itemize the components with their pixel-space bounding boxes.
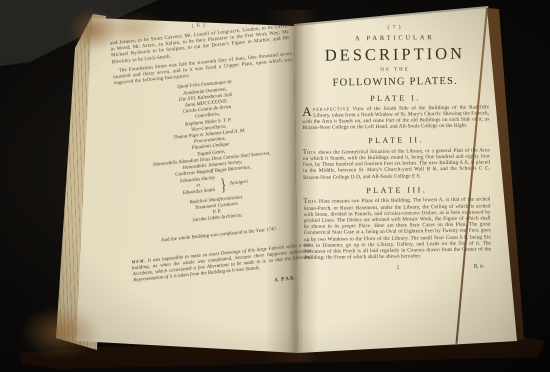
plate-title: PLATE I. [302, 92, 489, 104]
heading-description: DESCRIPTION [301, 43, 488, 66]
right-page-text: ( 7 ) A PARTICULAR DESCRIPTION OF THE FO… [301, 23, 491, 272]
plate-body: This shews the Geometrical Situation of … [303, 146, 490, 181]
heading-of-the: OF THE [302, 66, 489, 74]
plate-title: PLATE II. [303, 135, 490, 147]
right-catchword: B, is [399, 264, 491, 271]
brace-label: Armigeri [230, 179, 248, 186]
plates-list: PLATE I. APerspective View of the South … [302, 92, 491, 261]
plate-body: This Plate contains two Plans of this Bu… [303, 196, 491, 262]
heading-following-plates: FOLLOWING PLATES. [302, 75, 489, 89]
plate-body: APerspective View of the South Side of t… [302, 104, 489, 131]
drop-cap: A [302, 107, 312, 117]
right-page-number: ( 7 ) [301, 23, 488, 32]
note-lead: Mem. [131, 258, 146, 264]
brace-names: Edwardus HarleyetEdwardus Smith [180, 176, 217, 197]
plate-text: shews the Geometrical Situation of the L… [303, 147, 490, 180]
inscription-upper: Quod Felix Faustumque sitAcademiæ Oxonie… [115, 74, 303, 184]
plate-section: PLATE III. This Plate contains two Plans… [303, 184, 491, 261]
heading-a-particular: A PARTICULAR [301, 33, 488, 43]
lead-word: his [307, 150, 316, 155]
left-page-text: ( 6 ) and Joiners; to be Stone Carvers; … [109, 14, 314, 298]
signature-spacer [304, 268, 396, 269]
paper-stain-bottom [20, 306, 100, 360]
plate-section: PLATE II. This shews the Geometrical Sit… [303, 135, 491, 181]
plate-text: Plate contains two Plans of this Buildin… [304, 197, 492, 261]
lead-word: his [308, 199, 317, 204]
plate-title: PLATE III. [303, 184, 490, 196]
curly-brace-glyph: } [219, 176, 227, 194]
book-photo-scene: ( 6 ) and Joiners; to be Stone Carvers; … [0, 0, 550, 372]
plate-section: PLATE I. APerspective View of the South … [302, 92, 489, 131]
lead-word: Perspective [313, 106, 350, 112]
